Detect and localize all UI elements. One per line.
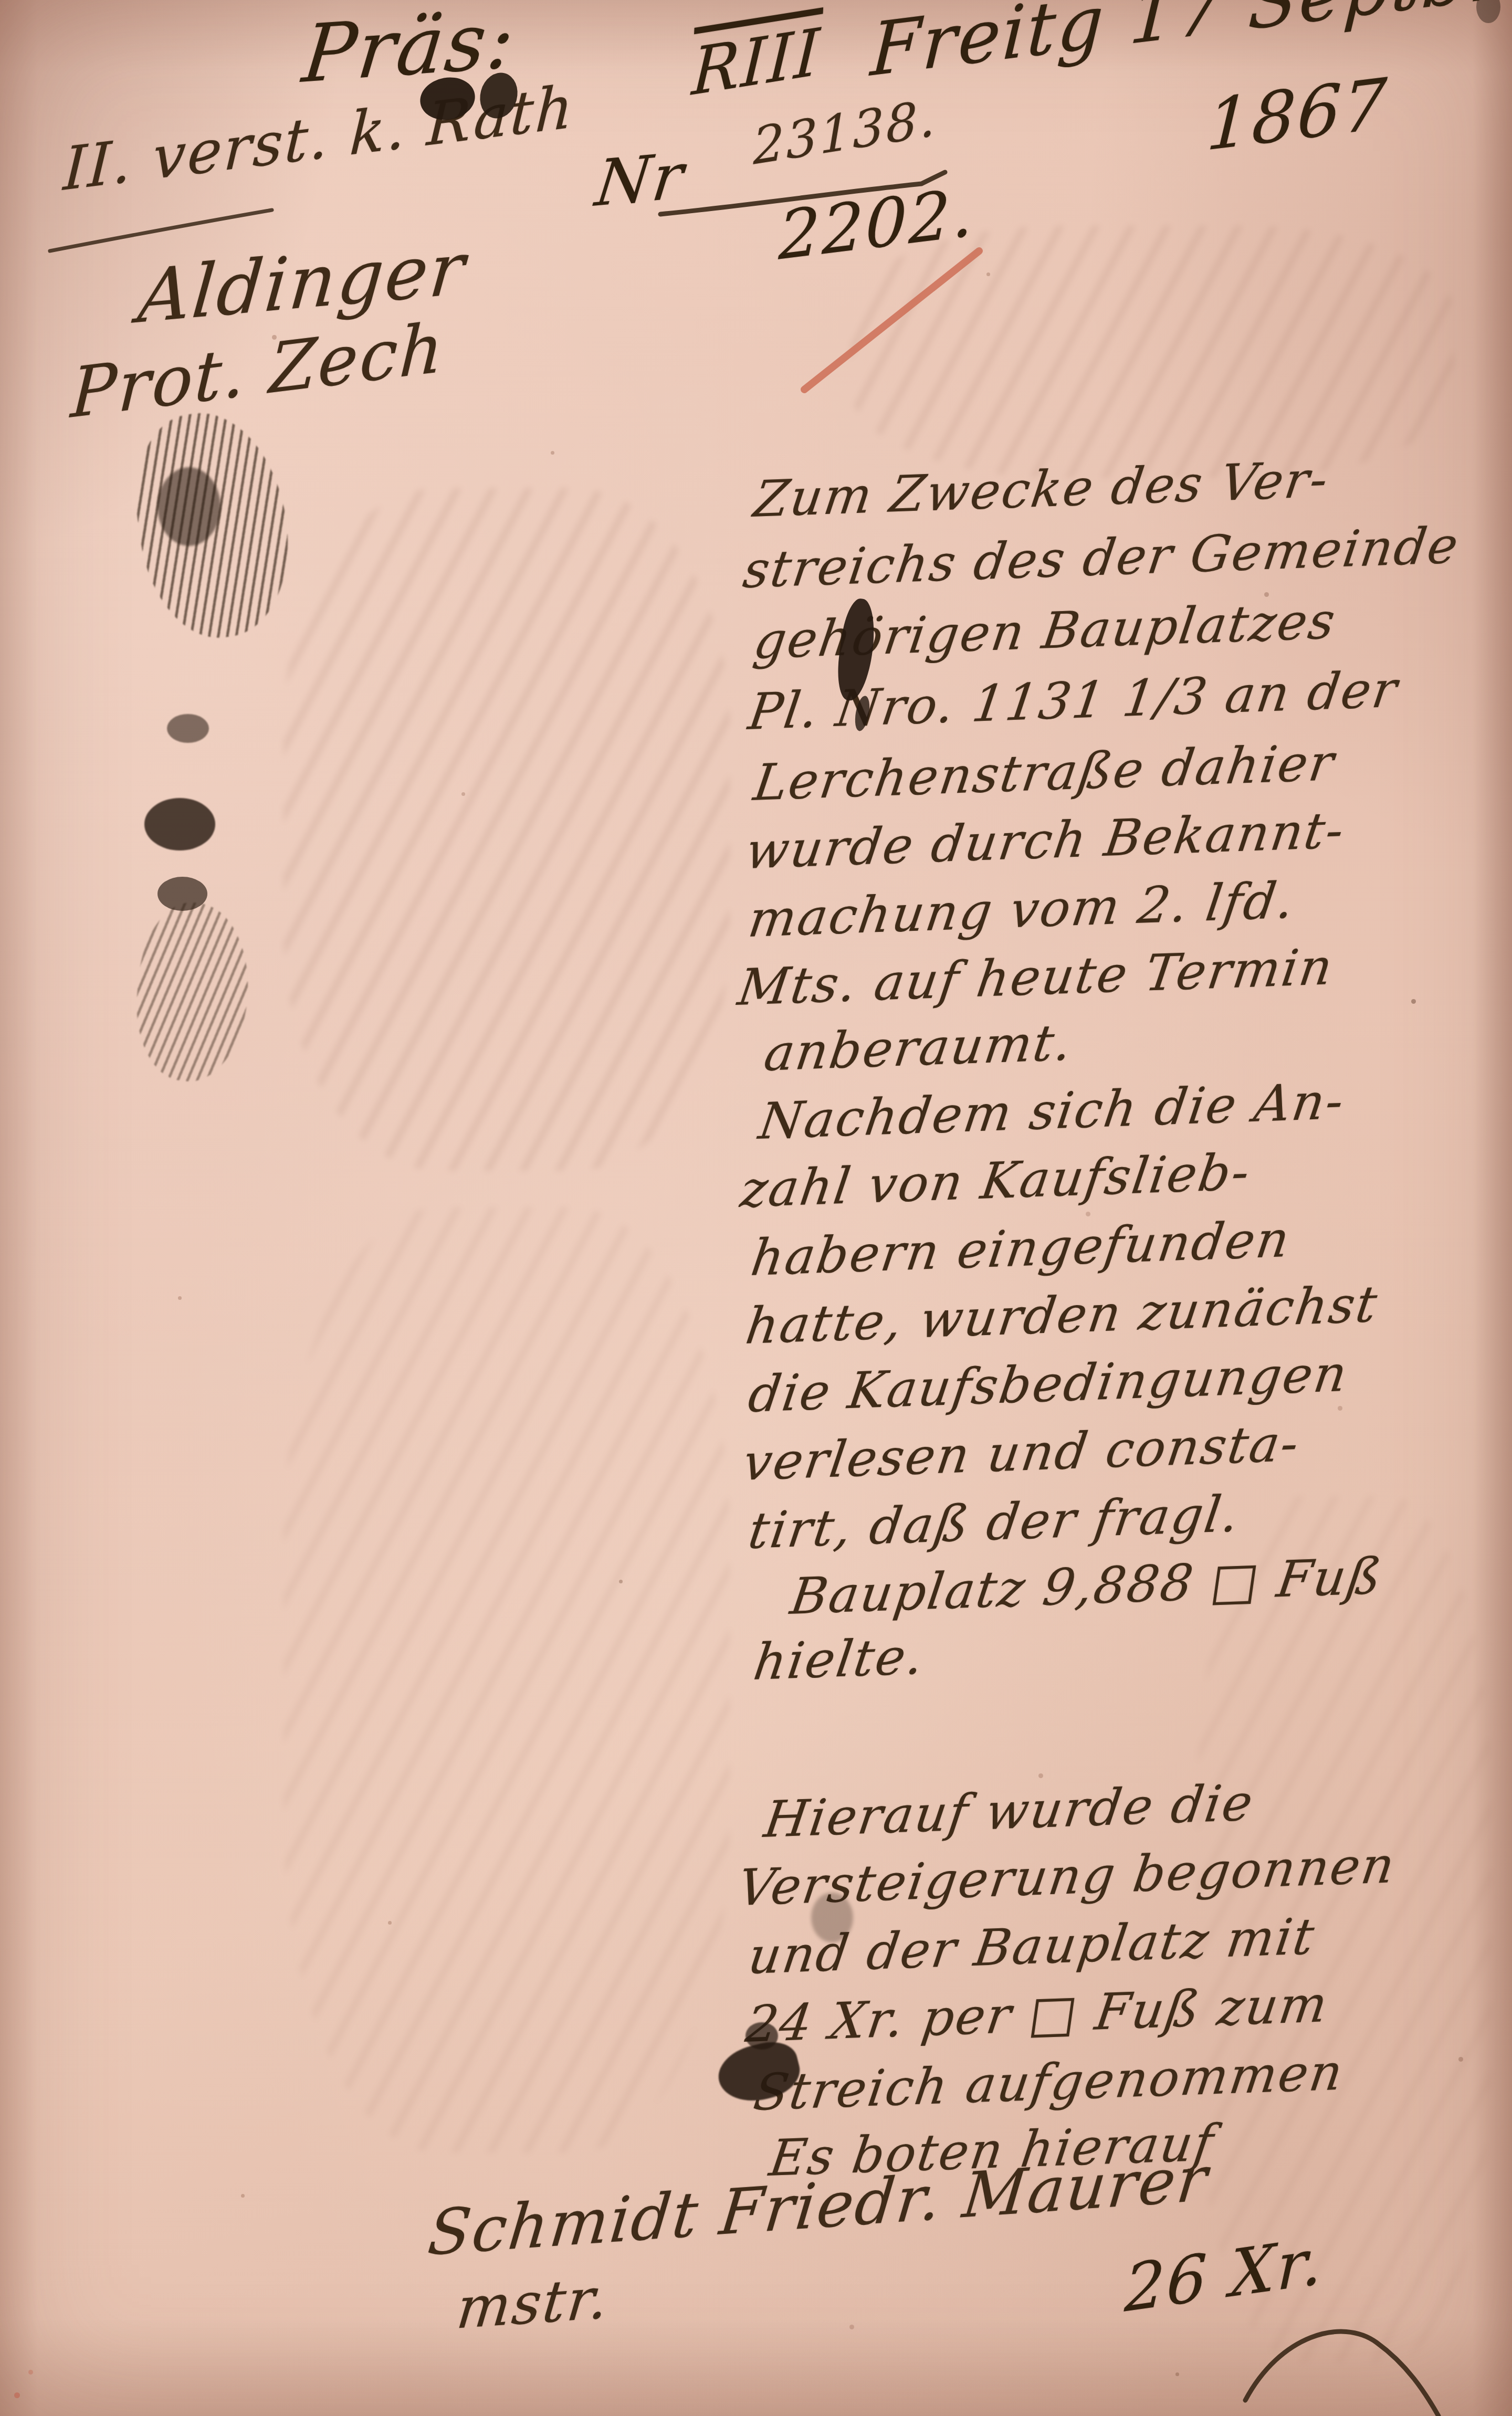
body-line: hielte. <box>751 1632 928 1688</box>
ink-blot <box>745 2022 778 2050</box>
signature-abbreviation: mstr. <box>454 2270 612 2338</box>
pen-wipe-smudge <box>129 898 257 1087</box>
body-line: Zum Zwecke des Ver- <box>751 455 1332 525</box>
body-line: Nachdem sich die An- <box>756 1077 1348 1147</box>
protocol-note: Prot. Zech <box>69 313 446 428</box>
body-line: tirt, daß der fragl. <box>745 1489 1243 1557</box>
ink-blot <box>144 798 215 850</box>
body-line: die Kaufsbedingungen <box>745 1349 1351 1420</box>
body-line: Lerchenstraße dahier <box>751 738 1338 808</box>
bleed-through-ghost <box>850 226 1454 478</box>
body-line: verlesen und consta- <box>740 1419 1303 1488</box>
bleed-through-ghost <box>283 488 730 1171</box>
paper-speckles <box>0 0 3 3</box>
underline-stroke <box>50 210 272 251</box>
ink-blot <box>167 714 209 743</box>
body-line: streichs des der Gemeinde <box>740 521 1463 596</box>
body-line: anberaumt. <box>761 1018 1076 1079</box>
body-line: hatte, wurden zunächst <box>743 1279 1381 1352</box>
journal-number: 23138. <box>752 92 937 172</box>
body-line: Hierauf wurde die <box>761 1778 1257 1845</box>
nr-label: Nr <box>592 145 688 216</box>
body-line: machung vom 2. lfd. <box>745 876 1298 945</box>
date-note: Freitg 17 Septbr <box>869 0 1507 87</box>
body-line: habern eingefunden <box>748 1215 1294 1284</box>
body-line: Mts. auf heute Termin <box>735 942 1337 1013</box>
manuscript-page: Präs: RIII Freitg 17 Septbr 1867 23138. … <box>0 0 1512 2416</box>
year-note: 1867 <box>1205 69 1390 161</box>
registry-mark: RIII <box>690 19 823 105</box>
body-line: zahl von Kaufslieb- <box>738 1148 1254 1215</box>
bleed-through-ghost <box>283 1207 730 2152</box>
body-line: wurde durch Bekannt- <box>743 806 1348 877</box>
ink-smudge <box>811 1893 853 1942</box>
ink-blot <box>157 467 220 546</box>
